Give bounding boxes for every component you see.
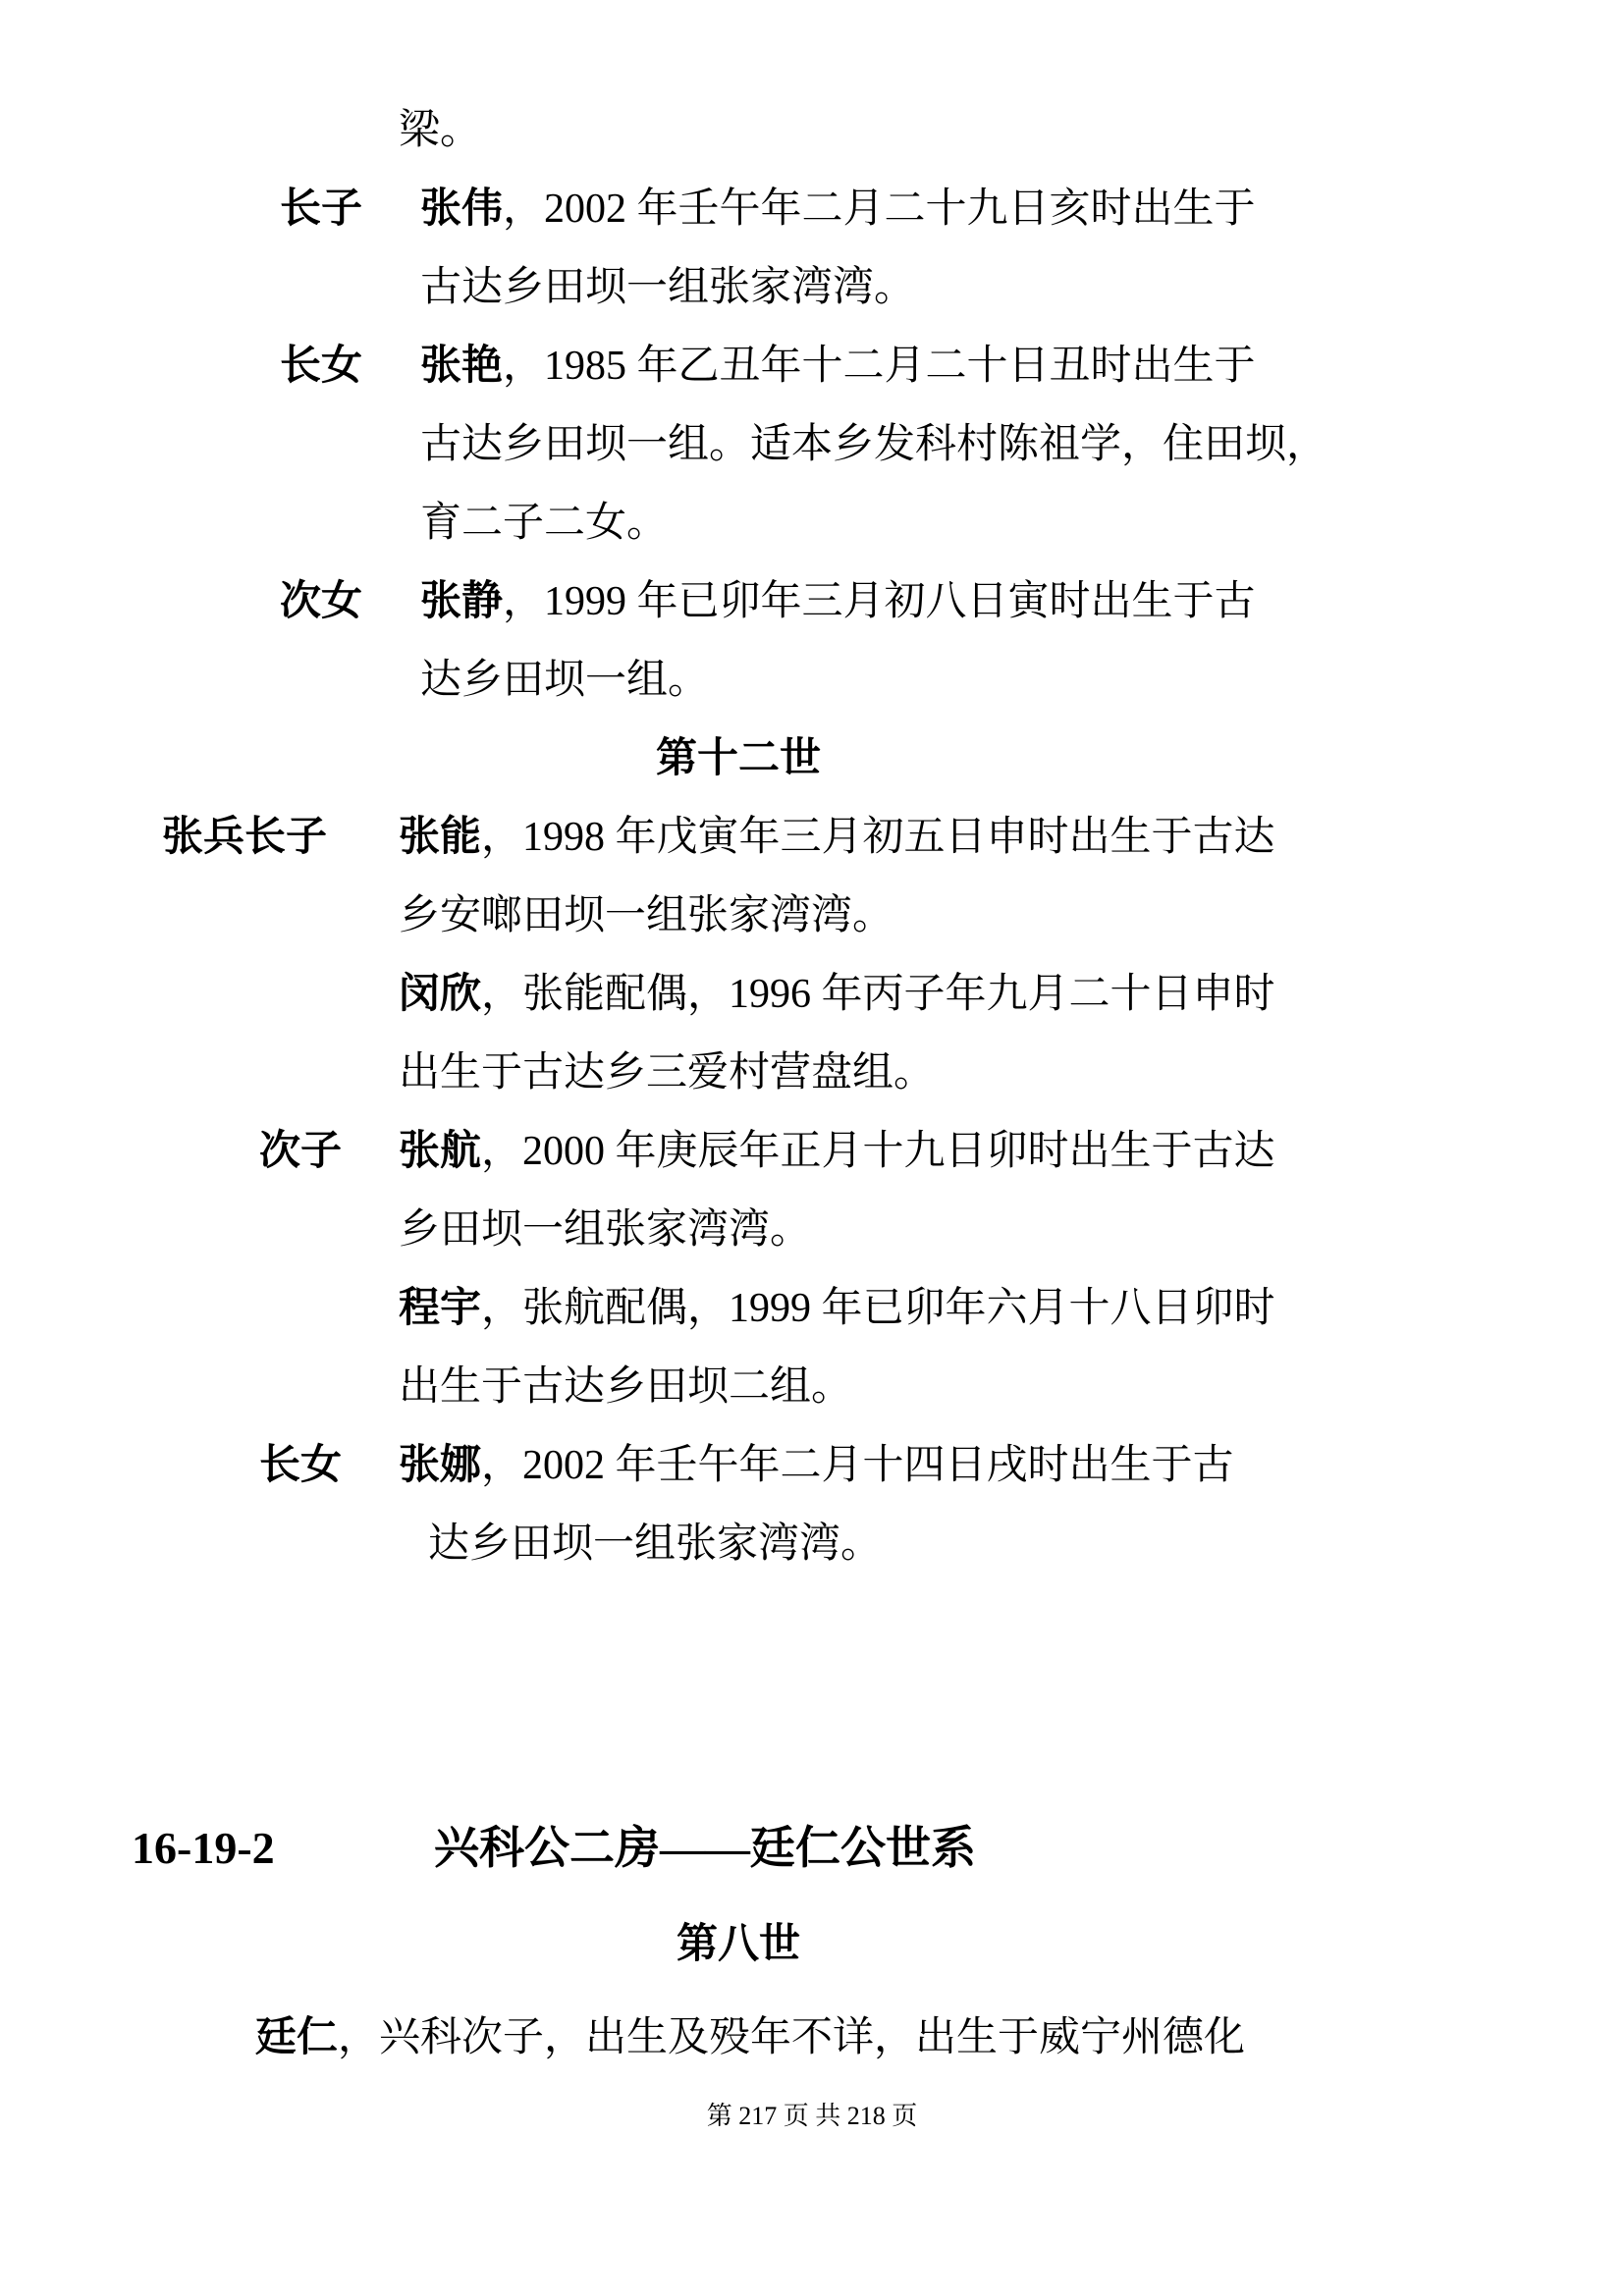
generation-heading-8: 第八世 <box>132 1905 1345 1984</box>
line-content: 乡安啷田坝一组张家湾湾。 <box>0 877 1624 955</box>
genealogy-line: 闵欣，张能配偶，1996 年丙子年九月二十日申时 <box>0 955 1624 1034</box>
person-name: 闵欣 <box>399 972 481 1017</box>
section-block: 16-19-2 兴科公二房——廷仁公世系 第八世 廷仁，兴科次子，出生及殁年不详… <box>0 1809 1624 2077</box>
person-name: 张娜 <box>399 1443 481 1488</box>
line-content: 达乡田坝一组。 <box>0 641 1624 720</box>
closing-paragraph: 廷仁，兴科次子，出生及殁年不详，出生于威宁州德化 <box>0 1999 1624 2077</box>
genealogy-line: 次子张航，2000 年庚辰年正月十九日卯时出生于古达 <box>0 1112 1624 1191</box>
line-content: 张伟，2002 年壬午年二月二十九日亥时出生于 <box>0 170 1624 248</box>
person-name: 张能 <box>399 815 481 860</box>
person-name: 廷仁 <box>255 2015 338 2060</box>
line-text: 达乡田坝一组张家湾湾。 <box>428 1522 882 1567</box>
person-name: 张静 <box>420 579 503 624</box>
person-name: 张艳 <box>420 344 503 389</box>
line-text: ，2000 年庚辰年正月十九日卯时出生于古达 <box>481 1129 1275 1174</box>
line-text: ，兴科次子，出生及殁年不详，出生于威宁州德化 <box>338 2015 1245 2060</box>
genealogy-line: 达乡田坝一组张家湾湾。 <box>0 1505 1624 1583</box>
generation-heading-12: 第十二世 <box>132 720 1345 798</box>
line-text: ，1998 年戊寅年三月初五日申时出生于古达 <box>481 815 1275 860</box>
line-content: 育二子二女。 <box>0 484 1624 562</box>
line-text: ，2002 年壬午年二月十四日戌时出生于古 <box>481 1443 1234 1488</box>
line-text: 古达乡田坝一组。适本乡发科村陈祖学，住田坝， <box>420 422 1327 467</box>
line-content: 达乡田坝一组张家湾湾。 <box>0 1505 1624 1583</box>
section-number: 16-19-2 <box>132 1809 275 1888</box>
relation-label: 次子 <box>259 1112 342 1191</box>
genealogy-line: 古达乡田坝一组。适本乡发科村陈祖学，住田坝， <box>0 405 1624 484</box>
genealogy-line: 次女张静，1999 年已卯年三月初八日寅时出生于古 <box>0 562 1624 641</box>
line-content: 古达乡田坝一组。适本乡发科村陈祖学，住田坝， <box>0 405 1624 484</box>
genealogy-line: 程宇，张航配偶，1999 年已卯年六月十八日卯时 <box>0 1269 1624 1348</box>
line-content: 古达乡田坝一组张家湾湾。 <box>0 248 1624 327</box>
genealogy-line: 乡田坝一组张家湾湾。 <box>0 1191 1624 1269</box>
genealogy-lines: 梁。长子张伟，2002 年壬午年二月二十九日亥时出生于古达乡田坝一组张家湾湾。长… <box>0 91 1624 1583</box>
genealogy-line: 育二子二女。 <box>0 484 1624 562</box>
line-content: 张航，2000 年庚辰年正月十九日卯时出生于古达 <box>0 1112 1624 1191</box>
line-content: 张静，1999 年已卯年三月初八日寅时出生于古 <box>0 562 1624 641</box>
line-text: 育二子二女。 <box>420 501 668 546</box>
relation-label: 张兵长子 <box>162 798 327 877</box>
line-content: 出生于古达乡三爱村营盘组。 <box>0 1034 1624 1112</box>
line-text: ，2002 年壬午年二月二十九日亥时出生于 <box>503 187 1256 232</box>
genealogy-line: 梁。 <box>0 91 1624 170</box>
genealogy-line: 古达乡田坝一组张家湾湾。 <box>0 248 1624 327</box>
line-text: 出生于古达乡三爱村营盘组。 <box>399 1050 935 1095</box>
line-text: 乡安啷田坝一组张家湾湾。 <box>399 893 893 938</box>
line-content: 出生于古达乡田坝二组。 <box>0 1348 1624 1426</box>
genealogy-line: 出生于古达乡田坝二组。 <box>0 1348 1624 1426</box>
line-text: 梁。 <box>399 108 481 153</box>
genealogy-line: 出生于古达乡三爱村营盘组。 <box>0 1034 1624 1112</box>
genealogy-line: 达乡田坝一组。 <box>0 641 1624 720</box>
line-text: ，1999 年已卯年三月初八日寅时出生于古 <box>503 579 1256 624</box>
section-title: 兴科公二房——廷仁公世系 <box>434 1809 976 1888</box>
line-content: 程宇，张航配偶，1999 年已卯年六月十八日卯时 <box>0 1269 1624 1348</box>
line-content: 乡田坝一组张家湾湾。 <box>0 1191 1624 1269</box>
relation-label: 次女 <box>280 562 362 641</box>
genealogy-line: 张兵长子张能，1998 年戊寅年三月初五日申时出生于古达 <box>0 798 1624 877</box>
relation-label: 长女 <box>280 327 362 405</box>
line-text: ，张能配偶，1996 年丙子年九月二十日申时 <box>481 972 1275 1017</box>
line-text: 出生于古达乡田坝二组。 <box>399 1364 852 1410</box>
page-footer: 第 217 页 共 218 页 <box>0 2097 1624 2136</box>
genealogy-line: 长女张艳，1985 年乙丑年十二月二十日丑时出生于 <box>0 327 1624 405</box>
line-content: 张娜，2002 年壬午年二月十四日戌时出生于古 <box>0 1426 1624 1505</box>
genealogy-line: 长子张伟，2002 年壬午年二月二十九日亥时出生于 <box>0 170 1624 248</box>
line-content: 张艳，1985 年乙丑年十二月二十日丑时出生于 <box>0 327 1624 405</box>
relation-label: 长子 <box>280 170 362 248</box>
person-name: 张航 <box>399 1129 481 1174</box>
line-content: 梁。 <box>0 91 1624 170</box>
line-text: 乡田坝一组张家湾湾。 <box>399 1207 811 1253</box>
genealogy-line: 长女张娜，2002 年壬午年二月十四日戌时出生于古 <box>0 1426 1624 1505</box>
line-text: ，张航配偶，1999 年已卯年六月十八日卯时 <box>481 1286 1275 1331</box>
line-text: ，1985 年乙丑年十二月二十日丑时出生于 <box>503 344 1256 389</box>
relation-label: 长女 <box>259 1426 342 1505</box>
line-text: 达乡田坝一组。 <box>420 658 709 703</box>
line-content: 闵欣，张能配偶，1996 年丙子年九月二十日申时 <box>0 955 1624 1034</box>
person-name: 程宇 <box>399 1286 481 1331</box>
genealogy-line: 乡安啷田坝一组张家湾湾。 <box>0 877 1624 955</box>
document-page: 梁。长子张伟，2002 年壬午年二月二十九日亥时出生于古达乡田坝一组张家湾湾。长… <box>0 0 1624 2296</box>
person-name: 张伟 <box>420 187 503 232</box>
line-text: 古达乡田坝一组张家湾湾。 <box>420 265 915 310</box>
section-heading: 16-19-2 兴科公二房——廷仁公世系 <box>0 1809 1624 1888</box>
